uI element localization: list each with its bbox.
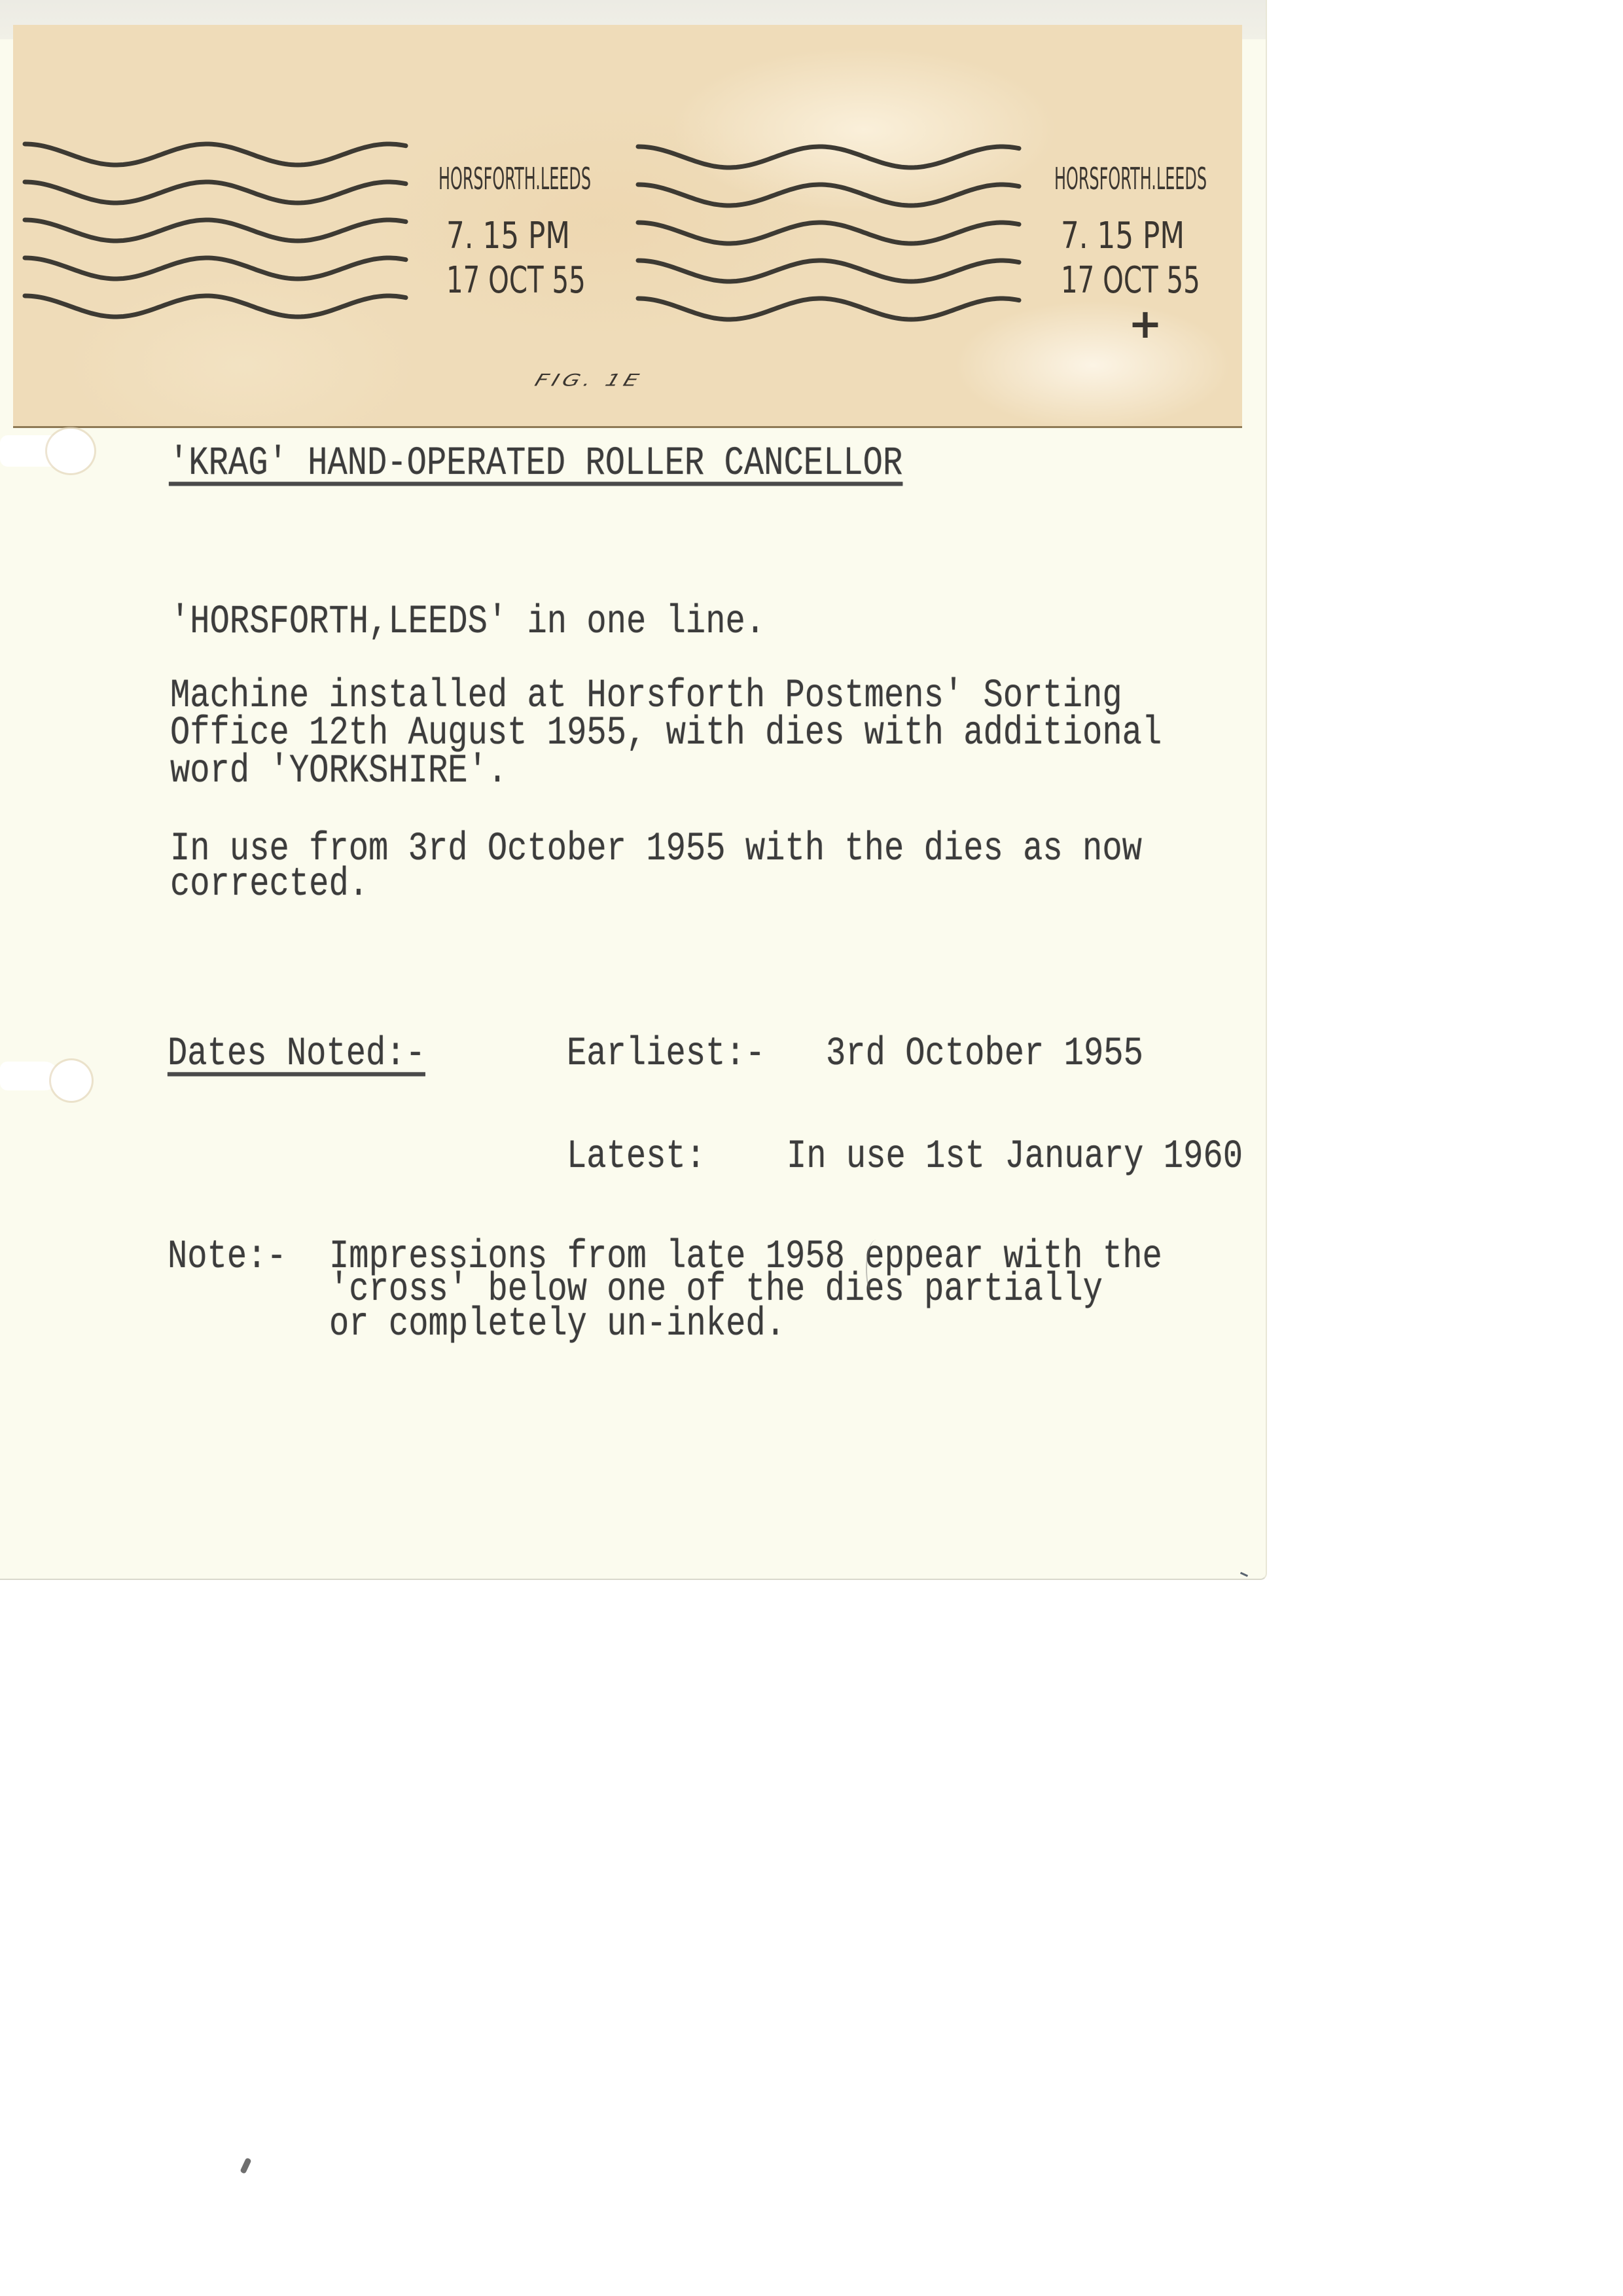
wavy-line [638, 223, 1019, 243]
wavy-line [25, 182, 406, 203]
wavy-line [638, 147, 1019, 168]
punch-hole-top [47, 429, 94, 473]
cancellation-strip: HORSFORTH.LEEDS 7. 15 PM 17 OCT 55 HORSF… [13, 25, 1242, 428]
die-left-date: 17 OCT 55 [446, 259, 586, 302]
die-left-time: 7. 15 PM [446, 215, 570, 257]
wavy-line [25, 296, 406, 317]
die-right-town: HORSFORTH.LEEDS [1054, 161, 1207, 196]
punch-hole-bottom [51, 1060, 92, 1101]
wavy-line [25, 144, 406, 165]
die-right-date: 17 OCT 55 [1061, 259, 1200, 302]
paragraph-line: 'HORSFORTH,LEEDS' in one line. [170, 603, 765, 643]
wavy-line [638, 185, 1019, 206]
paper-sheet: HORSFORTH.LEEDS 7. 15 PM 17 OCT 55 HORSF… [0, 0, 1267, 1580]
note-label: Note:- [168, 1238, 287, 1278]
pencil-circle-mark [866, 1240, 887, 1299]
corner-mark [1240, 1572, 1248, 1577]
earliest-value: 3rd October 1955 [826, 1035, 1143, 1075]
wavy-line [25, 220, 406, 241]
wavy-line [25, 258, 406, 279]
paragraph-line: corrected. [170, 865, 368, 906]
cross-icon: + [1128, 300, 1162, 348]
dates-noted-label: Dates Noted:- [168, 1035, 425, 1075]
die-left-town: HORSFORTH.LEEDS [438, 161, 591, 196]
earliest-label: Earliest:- [567, 1035, 765, 1075]
latest-value: In use 1st January 1960 [787, 1138, 1243, 1178]
latest-label: Latest: [567, 1138, 705, 1178]
wavy-line [638, 260, 1019, 281]
document-title: 'KRAG' HAND-OPERATED ROLLER CANCELLOR [169, 444, 902, 485]
stray-ink-mark [240, 2157, 251, 2174]
die-right-time: 7. 15 PM [1061, 215, 1185, 257]
figure-label: FIG. 1E [532, 370, 645, 390]
punch-hole-tear-bottom [0, 1062, 59, 1090]
wavy-lines-graphic [13, 25, 1242, 426]
wavy-line [638, 298, 1019, 319]
paragraph-line: word 'YORKSHIRE'. [170, 752, 507, 793]
note-line: or completely un-inked. [329, 1305, 785, 1346]
